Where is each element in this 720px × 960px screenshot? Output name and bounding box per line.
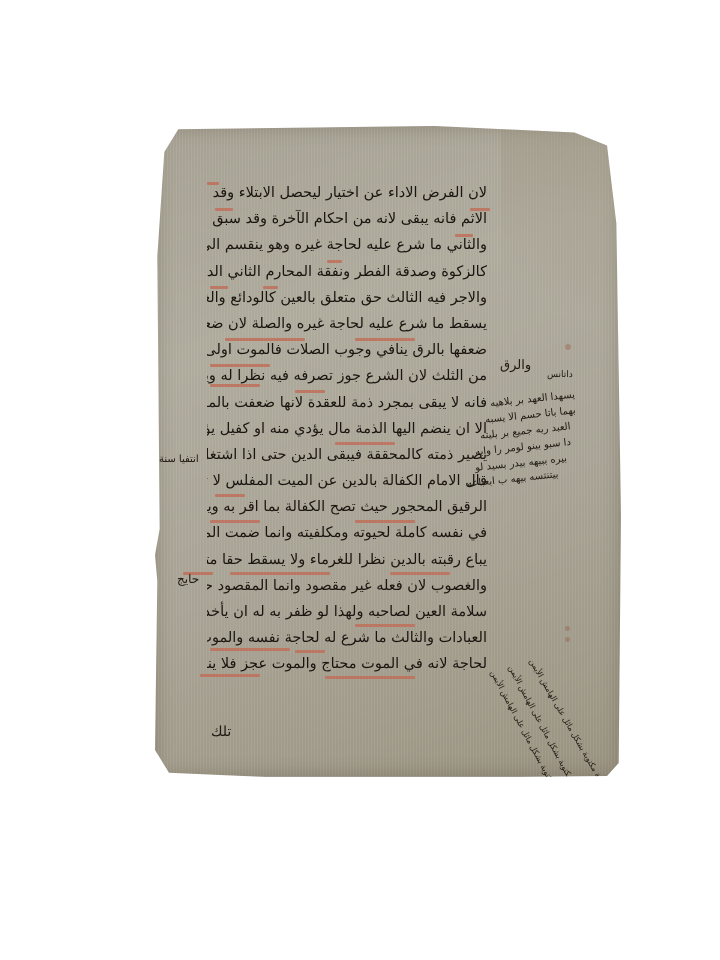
- rubric-mark: [263, 286, 278, 289]
- rubric-mark: [355, 624, 415, 627]
- text-line: يباع رقبته بالدين نظرا للغرماء ولا يسقط …: [207, 547, 487, 573]
- text-line: فانه لا يبقى بمجرد ذمة للعقدة لانها ضعفت…: [207, 390, 487, 416]
- left-margin-note: انتفيا سنة: [159, 454, 199, 465]
- text-line: الاثم فانه يبقى لانه من احكام الآخرة وقد…: [207, 206, 487, 232]
- margin-note-header: والرق: [500, 358, 531, 373]
- paper-fold-shading: [501, 126, 621, 426]
- text-line: يصير ذمته كالمحققة فيبقى الدين حتى اذا ا…: [207, 442, 487, 468]
- ink-stain: [565, 637, 570, 642]
- text-line: ضعفها بالرق ينافي وجوب الصلات فالموت اول…: [207, 337, 487, 363]
- rubric-mark: [325, 676, 415, 679]
- ink-stain: [565, 344, 571, 350]
- rubric-mark: [295, 390, 325, 393]
- rubric-mark: [455, 234, 473, 237]
- rubric-mark: [210, 286, 228, 289]
- rubric-mark: [210, 364, 270, 367]
- ink-stain: [565, 626, 570, 631]
- text-line: والثاني ما شرع عليه لحاجة غيره وهو ينقسم…: [207, 232, 487, 258]
- text-line: يسقط ما شرع عليه لحاجة غيره والصلة لان ض…: [207, 311, 487, 337]
- text-line: في نفسه كاملة لحيوته ومكلفيته وانما ضمت …: [207, 520, 487, 546]
- rubric-mark: [210, 384, 260, 387]
- left-margin-note: حايج: [177, 572, 199, 586]
- rubric-mark: [470, 208, 490, 211]
- text-line: قال الامام الكفالة بالدين عن الميت المفل…: [207, 468, 487, 494]
- rubric-mark: [390, 572, 450, 575]
- margin-note-small: داتانس: [547, 370, 573, 380]
- rubric-mark: [327, 260, 342, 263]
- rubric-mark: [295, 650, 325, 653]
- text-line: والاجر فيه الثالث حق متعلق بالعين كالودا…: [207, 285, 487, 311]
- rubric-mark: [355, 520, 415, 523]
- rubric-mark: [215, 208, 233, 211]
- text-line: كالزكوة وصدقة الفطر ونفقة المحارم الثاني…: [207, 259, 487, 285]
- text-line: لان الفرض الاداء عن اختيار ليحصل الابتلا…: [207, 180, 487, 206]
- rubric-mark: [215, 494, 245, 497]
- rubric-mark: [230, 572, 330, 575]
- manuscript-leaf: لان الفرض الاداء عن اختيار ليحصل الابتلا…: [155, 126, 621, 776]
- text-line: والغصوب لان فعله غير مقصود وانما المقصود…: [207, 573, 487, 599]
- text-line: الا ان ينضم اليها الذمة مال يؤدي منه او …: [207, 416, 487, 442]
- diagonal-margin-note: حاشية مكتوبة بشكل مائل على الهامش الأيمن: [465, 586, 586, 802]
- text-line: سلامة العين لصاحبه ولهذا لو ظفر به له ان…: [207, 599, 487, 625]
- main-text-block: لان الفرض الاداء عن اختيار ليحصل الابتلا…: [207, 180, 487, 678]
- rubric-mark: [210, 520, 260, 523]
- rubric-mark: [207, 182, 219, 185]
- catchword: تلك: [211, 724, 231, 740]
- rubric-mark: [225, 338, 305, 341]
- rubric-mark: [355, 338, 415, 341]
- text-line: الرقيق المحجور حيث تصح الكفالة بما اقر ب…: [207, 494, 487, 520]
- rubric-mark: [200, 674, 260, 677]
- rubric-mark: [335, 442, 395, 445]
- rubric-mark: [210, 648, 290, 651]
